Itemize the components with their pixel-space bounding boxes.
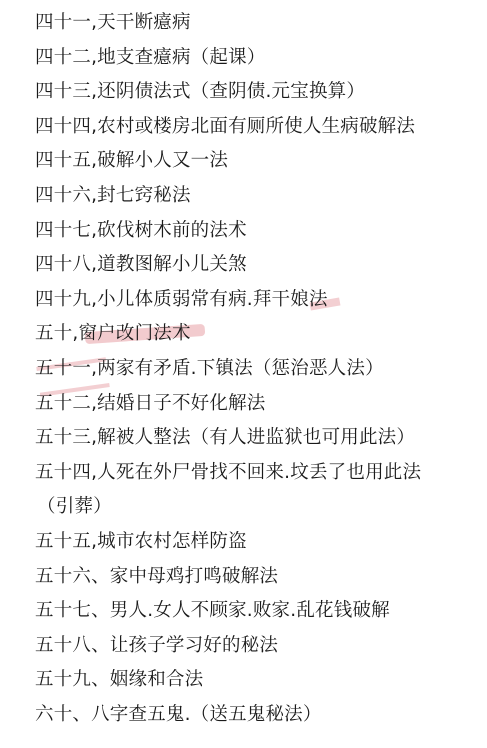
toc-item-43: 四十三,还阴债法式（查阴债.元宝换算） <box>35 75 477 110</box>
toc-item-56: 五十六、家中母鸡打鸣破解法 <box>35 560 477 595</box>
toc-item-59: 五十九、姻缘和合法 <box>35 663 477 698</box>
toc-item-52: 五十二,结婚日子不好化解法 <box>35 387 477 422</box>
toc-item-50: 五十,窗户改门法术 <box>35 317 477 352</box>
toc-item-60: 六十、八字查五鬼.（送五鬼秘法） <box>35 698 477 733</box>
toc-item-42: 四十二,地支查癔病（起课） <box>35 41 477 76</box>
toc-item-41: 四十一,天干断癔病 <box>35 6 477 41</box>
toc-item-54: 五十四,人死在外尸骨找不回来.坟丢了也用此法 <box>35 456 477 491</box>
toc-item-47: 四十七,砍伐树木前的法术 <box>35 214 477 249</box>
table-of-contents-list: 四十一,天干断癔病 四十二,地支查癔病（起课） 四十三,还阴债法式（查阴债.元宝… <box>35 6 477 732</box>
toc-item-58: 五十八、让孩子学习好的秘法 <box>35 629 477 664</box>
toc-item-44: 四十四,农村或楼房北面有厕所使人生病破解法 <box>35 110 477 145</box>
toc-item-57: 五十七、男人.女人不顾家.败家.乱花钱破解 <box>35 594 477 629</box>
toc-item-46: 四十六,封七窍秘法 <box>35 179 477 214</box>
toc-item-54-continuation: （引葬） <box>35 490 477 525</box>
toc-item-45: 四十五,破解小人又一法 <box>35 144 477 179</box>
toc-item-48: 四十八,道教图解小儿关煞 <box>35 248 477 283</box>
toc-item-53: 五十三,解被人整法（有人进监狱也可用此法） <box>35 421 477 456</box>
toc-item-55: 五十五,城市农村怎样防盗 <box>35 525 477 560</box>
toc-item-49: 四十九,小儿体质弱常有病.拜干娘法 <box>35 283 477 318</box>
toc-item-51: 五十一,两家有矛盾.下镇法（惩治恶人法） <box>35 352 477 387</box>
